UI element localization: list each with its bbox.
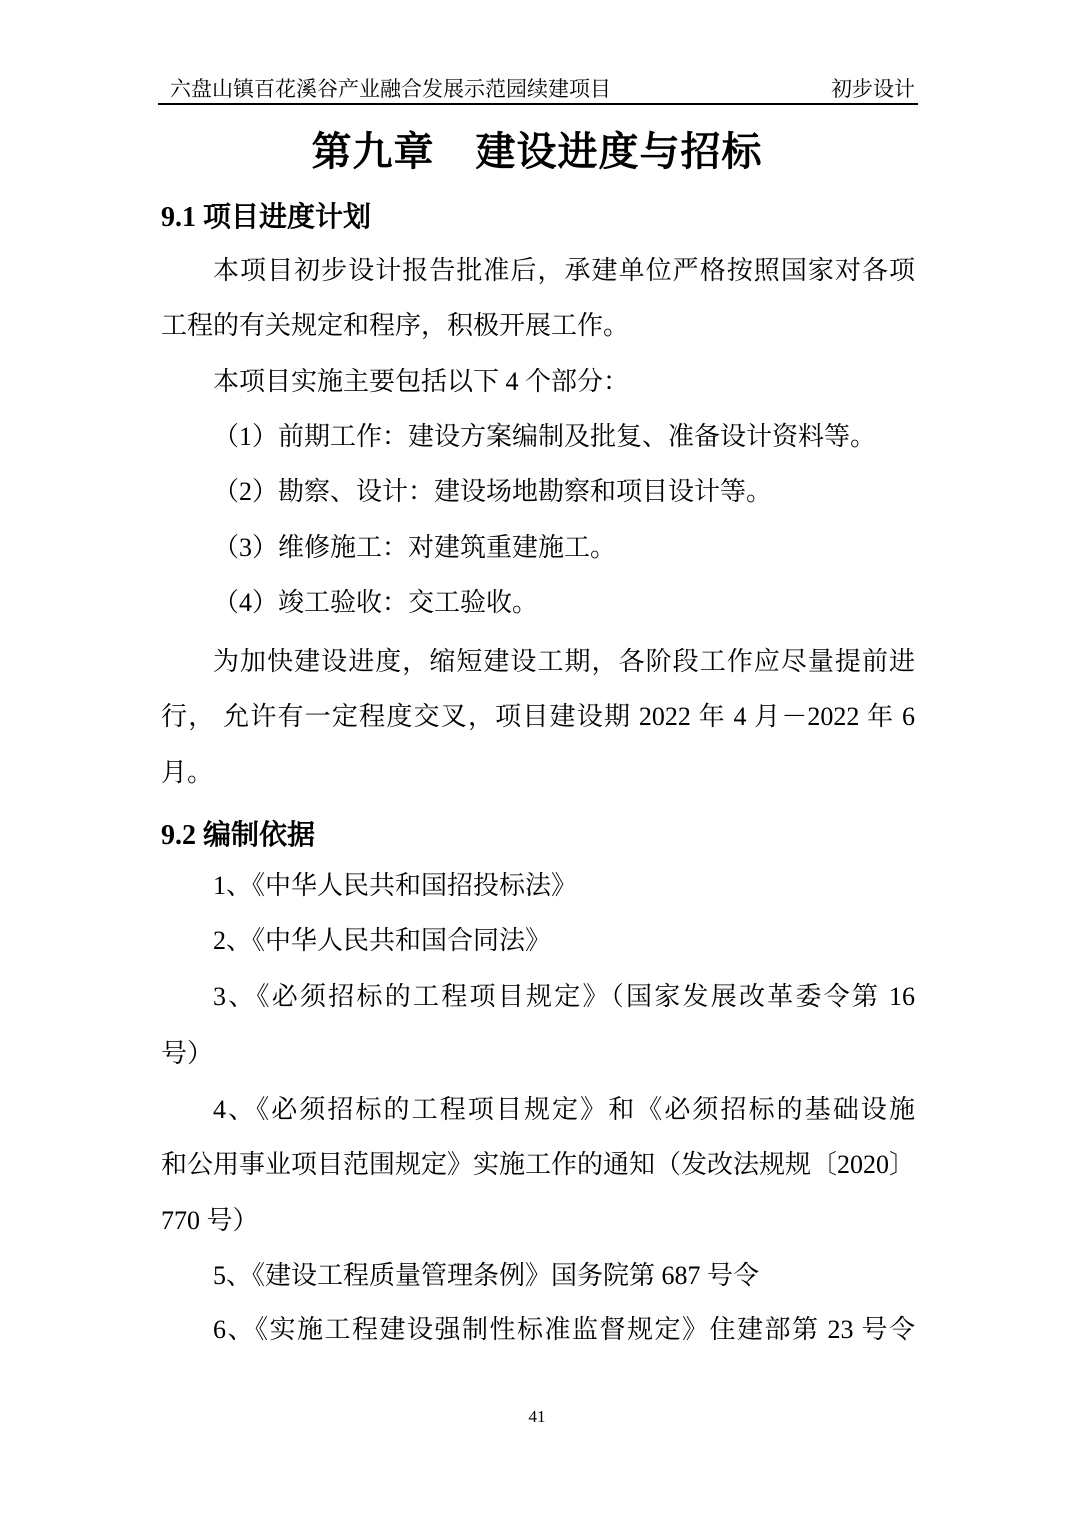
reference-item-line: 2、《中华人民共和国合同法》: [161, 924, 915, 958]
reference-item-line: 1、《中华人民共和国招投标法》: [161, 869, 915, 903]
reference-item-line: 6、《实施工程建设强制性标准监督规定》住建部第 23 号令: [161, 1313, 915, 1347]
paragraph-line: 本项目实施主要包括以下 4 个部分：: [161, 365, 915, 399]
paragraph-line: 为加快建设进度，缩短建设工期，各阶段工作应尽量提前进: [161, 645, 915, 679]
header-divider-rule: [158, 103, 918, 105]
reference-item-line: 5、《建设工程质量管理条例》国务院第 687 号令: [161, 1259, 915, 1293]
paragraph-line: 工程的有关规定和程序，积极开展工作。: [161, 309, 915, 343]
reference-item-line: 770 号）: [161, 1204, 915, 1238]
list-item-line: （4）竣工验收：交工验收。: [161, 586, 915, 620]
paragraph-line: 月。: [161, 756, 915, 790]
reference-item-line: 4、《必须招标的工程项目规定》和《必须招标的基础设施: [161, 1093, 915, 1127]
document-page: 六盘山镇百花溪谷产业融合发展示范园续建项目 初步设计 第九章 建设进度与招标 9…: [0, 0, 1074, 1520]
reference-item-line: 号）: [161, 1037, 915, 1071]
header-project-title: 六盘山镇百花溪谷产业融合发展示范园续建项目: [170, 76, 611, 102]
page-number: 41: [0, 1406, 1074, 1428]
list-item-line: （3）维修施工：对建筑重建施工。: [161, 531, 915, 565]
reference-item-line: 和公用事业项目范围规定》实施工作的通知（发改法规规〔2020〕: [161, 1148, 915, 1182]
header-doc-stage: 初步设计: [831, 76, 915, 102]
list-item-line: （2）勘察、设计：建设场地勘察和项目设计等。: [161, 475, 915, 509]
reference-item-line: 3、《必须招标的工程项目规定》（国家发展改革委令第 16: [161, 980, 915, 1014]
list-item-line: （1）前期工作：建设方案编制及批复、准备设计资料等。: [161, 420, 915, 454]
paragraph-line: 本项目初步设计报告批准后，承建单位严格按照国家对各项: [161, 254, 915, 288]
section-9-2-heading: 9.2 编制依据: [161, 818, 915, 854]
chapter-title: 第九章 建设进度与招标: [0, 126, 1074, 178]
paragraph-line: 行， 允许有一定程度交叉，项目建设期 2022 年 4 月－2022 年 6: [161, 700, 915, 734]
section-9-1-heading: 9.1 项目进度计划: [161, 200, 915, 236]
